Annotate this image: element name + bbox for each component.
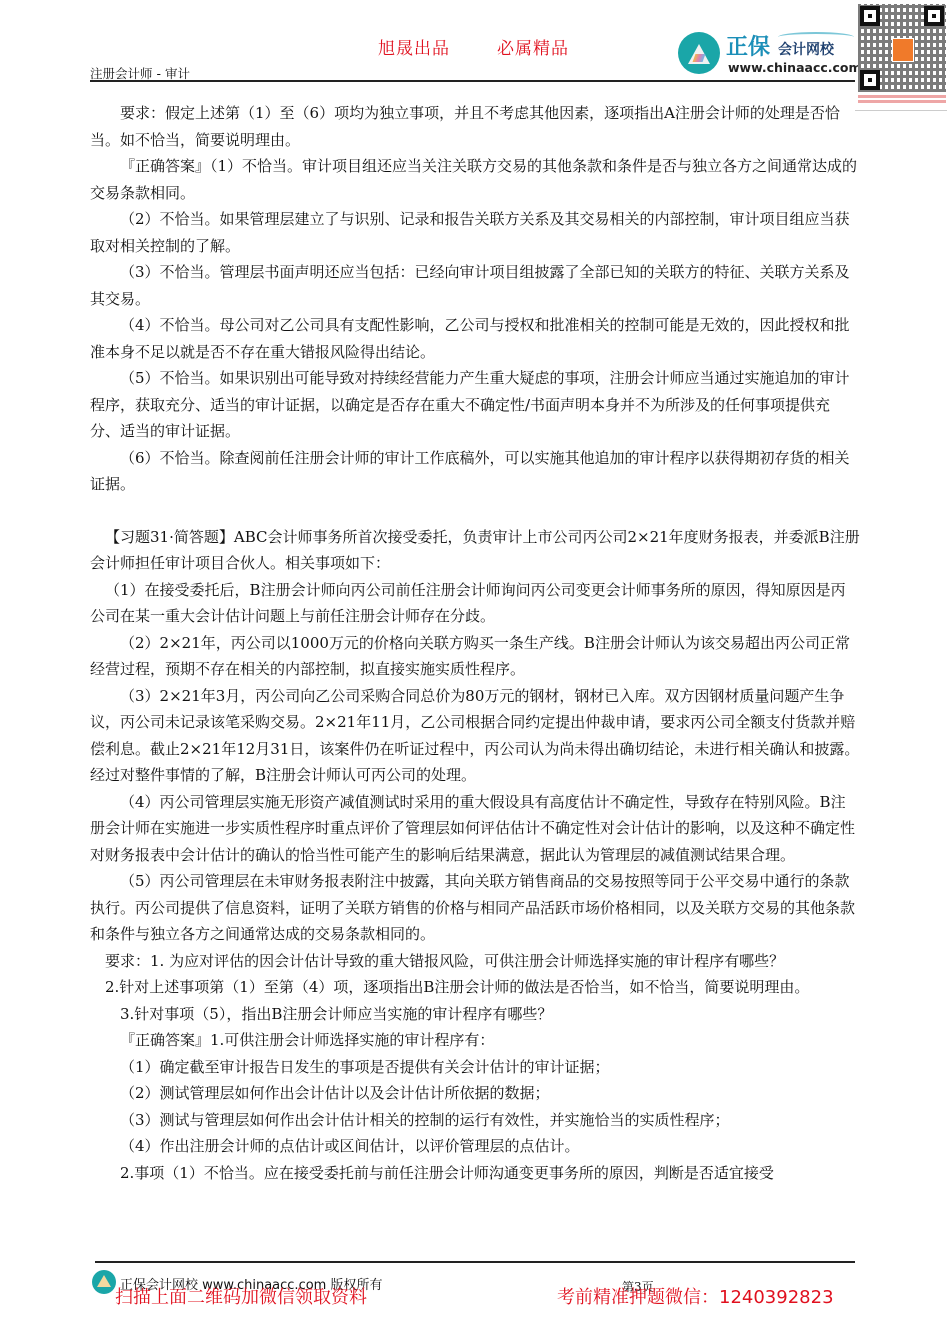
footer-divider: [95, 1261, 855, 1263]
slogan-right: 必属精品: [497, 34, 569, 59]
promo-right: 考前精准押题微信：1240392823: [557, 1283, 834, 1309]
qr-code-icon: [858, 4, 946, 92]
question-heading: 【习题31·简答题】ABC会计师事务所首次接受委托，负责审计上市公司丙公司2×2…: [90, 524, 860, 577]
answer-item: 2.事项（1）不恰当。应在接受委托前与前任注册会计师沟通变更事务所的原因，判断是…: [90, 1160, 860, 1187]
answer-paragraph: （3）不恰当。管理层书面声明还应当包括：已经向审计项目组披露了全部已知的关联方的…: [90, 259, 860, 312]
promo-left: 扫描上面二维码加微信领取资料: [115, 1283, 367, 1309]
question-item: （1）在接受委托后，B注册会计师向丙公司前任注册会计师询问丙公司变更会计师事务所…: [90, 577, 860, 630]
answer-item: （1）确定截至审计报告日发生的事项是否提供有关会计估计的审计证据；: [90, 1054, 860, 1081]
answer-item: （3）测试与管理层如何作出会计估计相关的控制的运行有效性，并实施恰当的实质性程序…: [90, 1107, 860, 1134]
requirement-2: 2.针对上述事项第（1）至第（4）项，逐项指出B注册会计师的做法是否恰当，如不恰…: [90, 974, 860, 1001]
logo-url: www.chinaacc.com: [728, 60, 862, 75]
requirement-paragraph: 要求：假定上述第（1）至（6）项均为独立事项，并且不考虑其他因素，逐项指出A注册…: [90, 100, 860, 153]
answer-paragraph: （2）不恰当。如果管理层建立了与识别、记录和报告关联方关系及其交易相关的内部控制…: [90, 206, 860, 259]
footer-logo-icon: [92, 1270, 116, 1294]
question-item: （5）丙公司管理层在未审财务报表附注中披露，其向关联方销售商品的交易按照等同于公…: [90, 868, 860, 948]
qr-badge: [892, 38, 914, 62]
question-item: （4）丙公司管理层实施无形资产减值测试时采用的重大假设具有高度估计不确定性，导致…: [90, 789, 860, 869]
slogan-left: 旭晟出品: [378, 34, 450, 59]
chinaacc-logo: 正保 会计网校 www.chinaacc.com: [678, 30, 858, 78]
logo-brand: 正保: [726, 30, 770, 61]
question-item: （3）2×21年3月，丙公司向乙公司采购合同总价为80万元的钢材，钢材已入库。双…: [90, 683, 860, 789]
answer-item: （4）作出注册会计师的点估计或区间估计，以评价管理层的点估计。: [90, 1133, 860, 1160]
header-divider: [90, 80, 855, 82]
question-item: （2）2×21年，丙公司以1000万元的价格向关联方购买一条生产线。B注册会计师…: [90, 630, 860, 683]
answer-paragraph: 『正确答案』（1）不恰当。审计项目组还应当关注关联方交易的其他条款和条件是否与独…: [90, 153, 860, 206]
qr-caption: [858, 93, 946, 105]
document-body: 要求：假定上述第（1）至（6）项均为独立事项，并且不考虑其他因素，逐项指出A注册…: [90, 100, 860, 1186]
answer-paragraph: （5）不恰当。如果识别出可能导致对持续经营能力产生重大疑虑的事项，注册会计师应当…: [90, 365, 860, 445]
requirement-3: 3.针对事项（5），指出B注册会计师应当实施的审计程序有哪些？: [90, 1001, 860, 1028]
answer-paragraph: （4）不恰当。母公司对乙公司具有支配性影响，乙公司与授权和批准相关的控制可能是无…: [90, 312, 860, 365]
logo-emblem-icon: [678, 32, 720, 74]
logo-subtitle: 会计网校: [778, 39, 834, 59]
answer-heading: 『正确答案』1.可供注册会计师选择实施的审计程序有：: [90, 1027, 860, 1054]
answer-item: （2）测试管理层如何作出会计估计以及会计估计所依据的数据；: [90, 1080, 860, 1107]
divider: [855, 110, 947, 111]
answer-paragraph: （6）不恰当。除查阅前任注册会计师的审计工作底稿外，可以实施其他追加的审计程序以…: [90, 445, 860, 498]
requirement-1: 要求：1. 为应对评估的因会计估计导致的重大错报风险，可供注册会计师选择实施的审…: [90, 948, 860, 975]
